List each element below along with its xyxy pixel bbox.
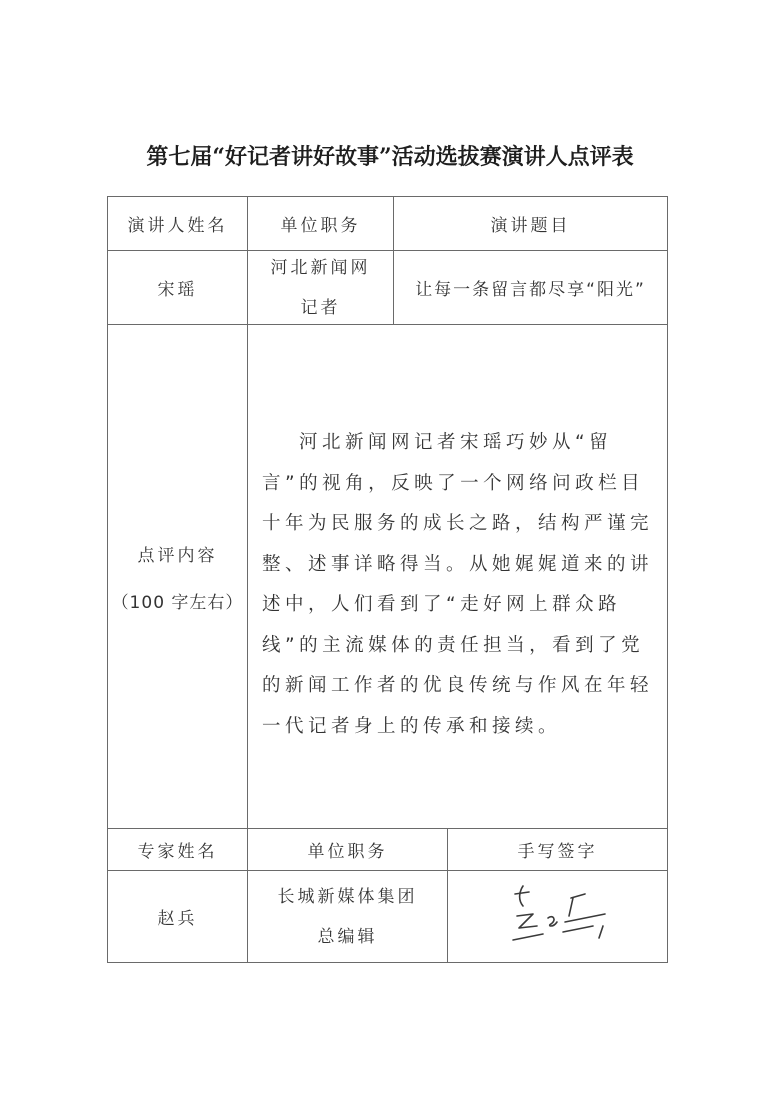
speaker-unit-line1: 河北新闻网 (271, 248, 371, 288)
comment-label-cell: 点评内容 （100 字左右） (107, 324, 248, 829)
header-signature: 手写签字 (447, 828, 668, 871)
comment-label: 点评内容 (137, 541, 217, 566)
header-speaker-unit: 单位职务 (247, 196, 394, 251)
header-speech-topic: 演讲题目 (393, 196, 668, 251)
speaker-unit: 河北新闻网 记者 (247, 250, 394, 325)
speech-topic: 让每一条留言都尽享“阳光” (393, 250, 668, 325)
header-expert-name: 专家姓名 (107, 828, 248, 871)
handwritten-signature-icon (493, 882, 623, 952)
comment-text: 河北新闻网记者宋瑶巧妙从“留言”的视角，反映了一个网络问政栏目十年为民服务的成长… (262, 423, 653, 747)
document-title: 第七届“好记者讲好故事”活动选拔赛演讲人点评表 (0, 140, 780, 171)
comment-content: 河北新闻网记者宋瑶巧妙从“留言”的视角，反映了一个网络问政栏目十年为民服务的成长… (247, 324, 668, 829)
speaker-name: 宋瑶 (107, 250, 248, 325)
expert-unit-line1: 长城新媒体集团 (278, 877, 418, 917)
speaker-unit-line2: 记者 (301, 288, 341, 328)
header-expert-unit: 单位职务 (247, 828, 448, 871)
comment-sublabel: （100 字左右） (112, 588, 244, 613)
expert-name: 赵兵 (107, 870, 248, 963)
header-speaker-name: 演讲人姓名 (107, 196, 248, 251)
expert-unit: 长城新媒体集团 总编辑 (247, 870, 448, 963)
expert-unit-line2: 总编辑 (318, 917, 378, 957)
evaluation-table: 演讲人姓名 单位职务 演讲题目 宋瑶 河北新闻网 记者 让每一条留言都尽享“阳光… (107, 196, 668, 963)
signature-cell (447, 870, 668, 963)
